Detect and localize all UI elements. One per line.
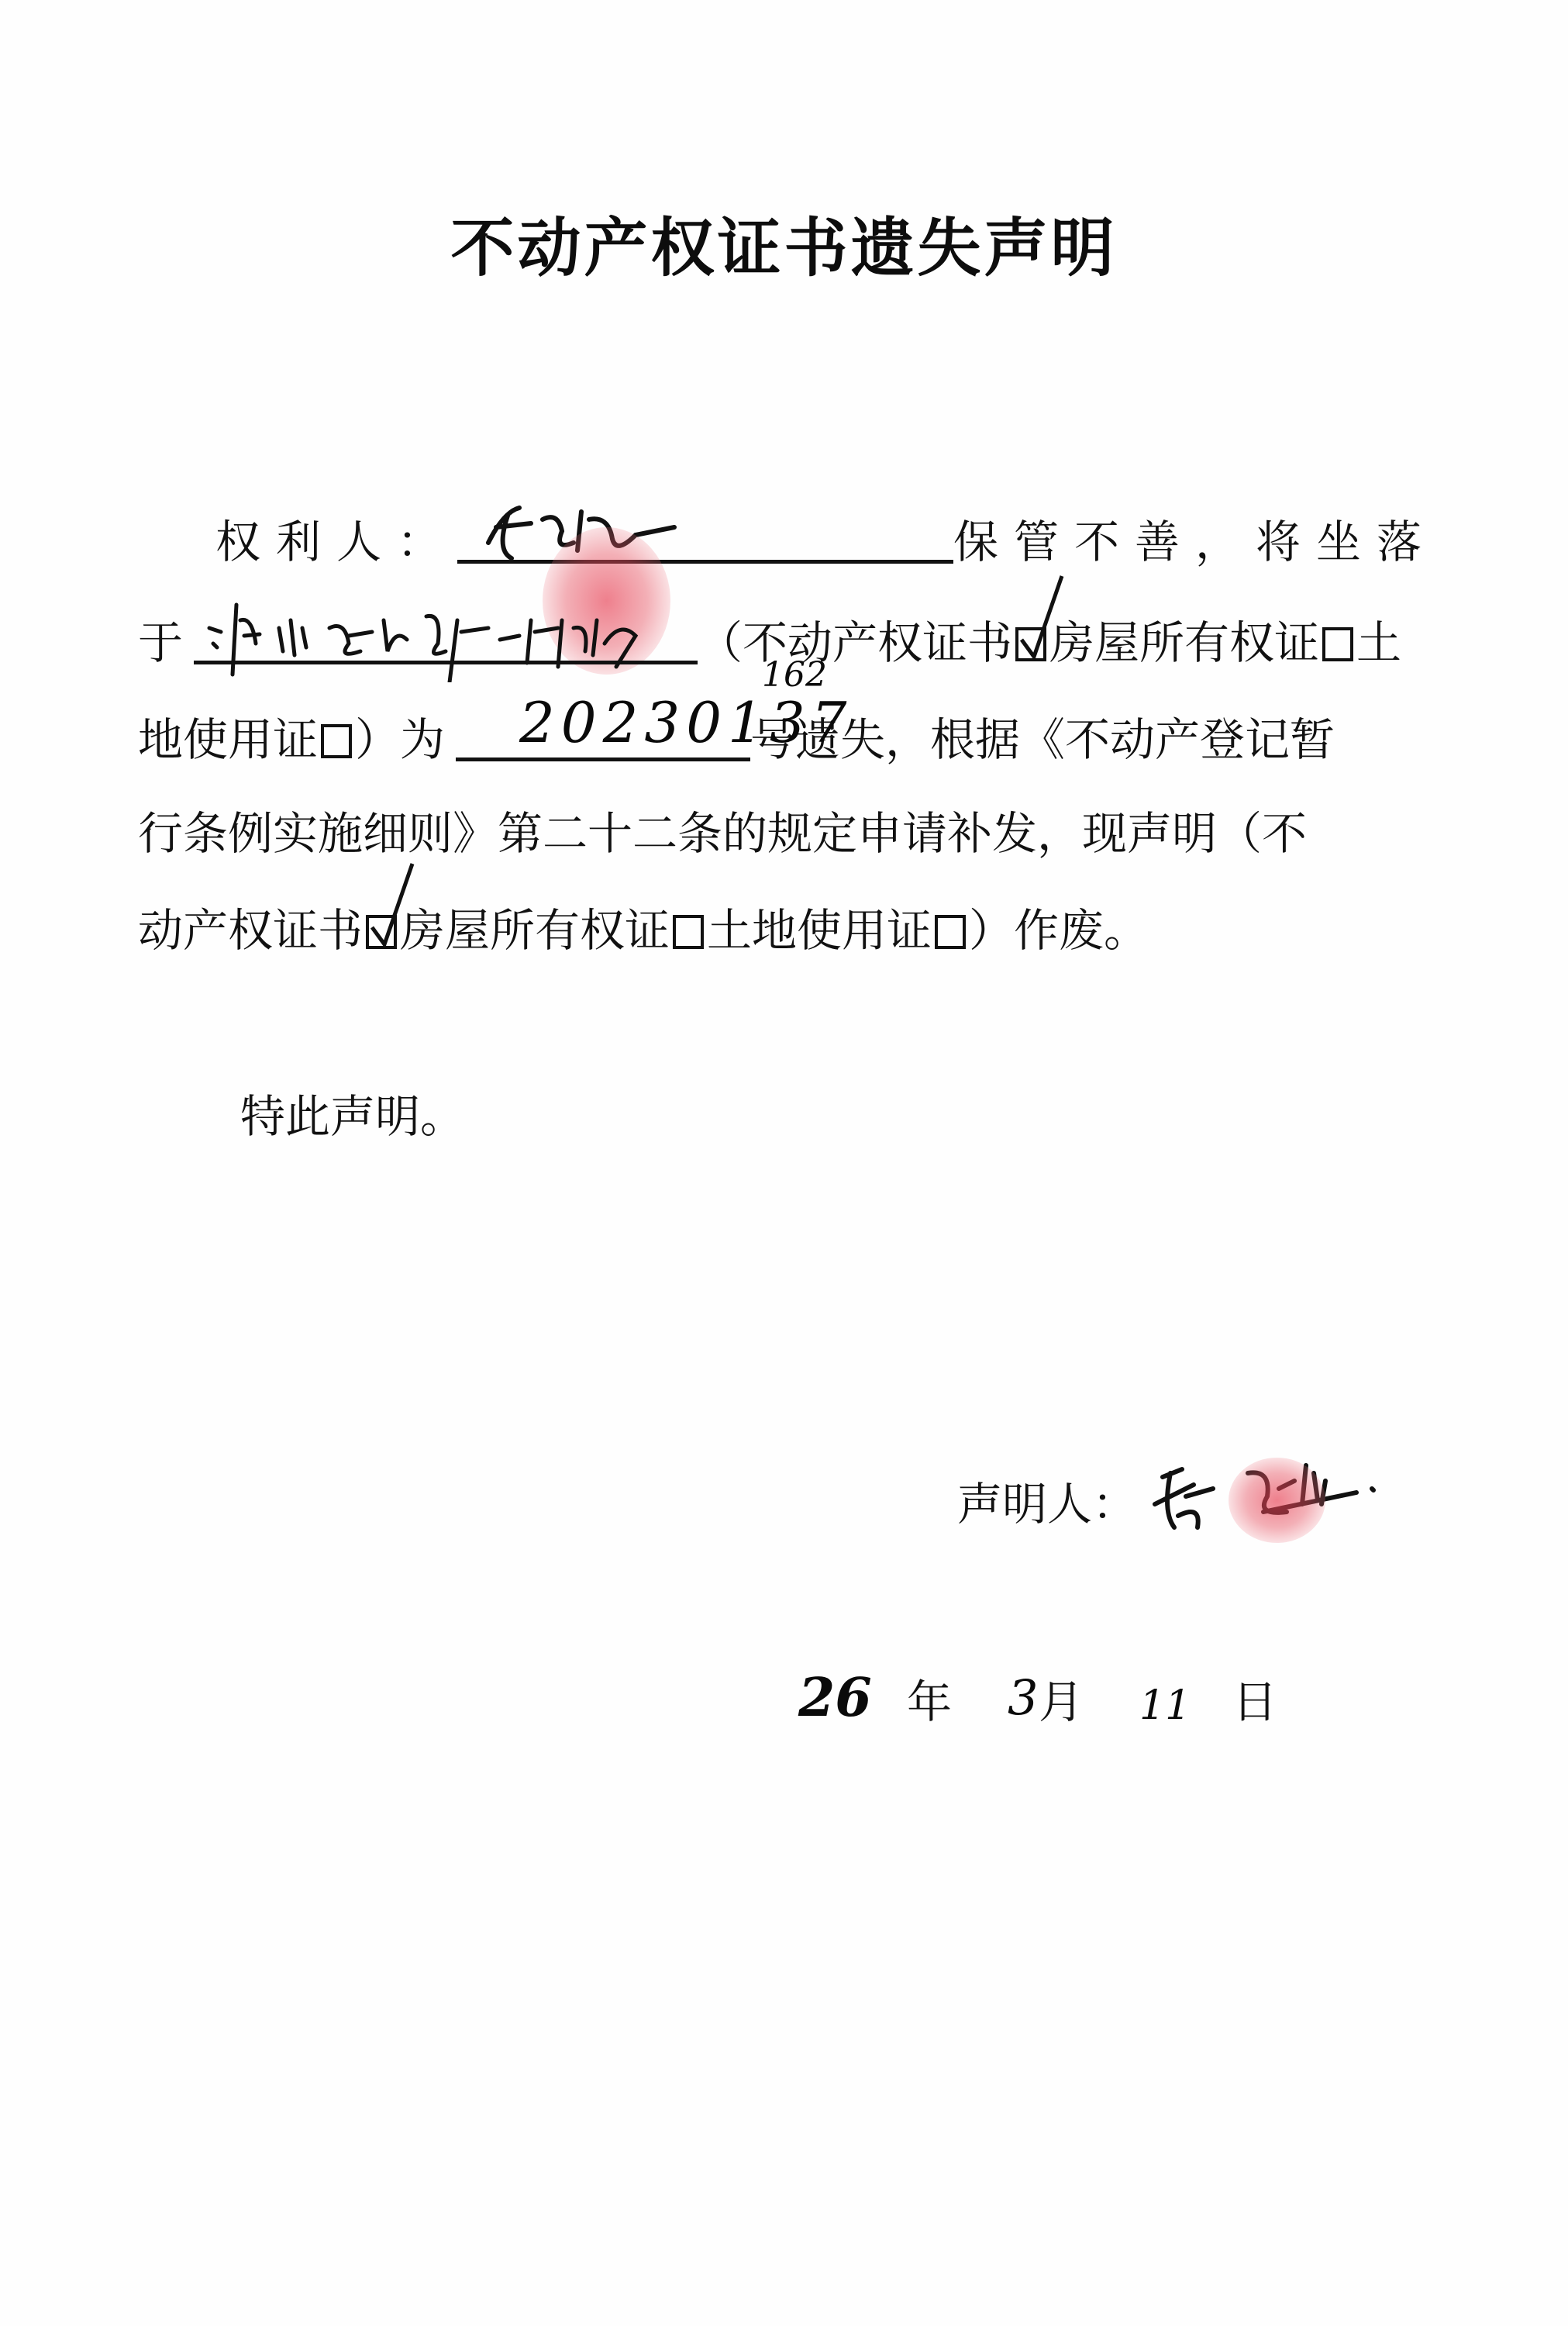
- paragraph-line-1: 权利人：保管不善，将坐落: [138, 512, 1437, 569]
- cert-number-handwriting: 20230137: [519, 690, 853, 755]
- line2-open: （不动产权证书: [698, 616, 1012, 670]
- option-house-ownership-checkbox[interactable]: [1322, 627, 1353, 661]
- option-house-ownership-checkbox-2[interactable]: [673, 915, 704, 949]
- location-handwriting: [194, 597, 690, 682]
- line5-after: ）作废。: [969, 903, 1149, 958]
- date-year: 26: [798, 1671, 872, 1725]
- option-house-ownership-label: 房屋所有权证: [1049, 616, 1319, 670]
- cert-number-correction: 162: [762, 655, 827, 695]
- paragraph-line-4: 行条例实施细则》第二十二条的规定申请补发，现声明（不: [138, 806, 1307, 861]
- option-land-use-label-part: 土: [1356, 616, 1401, 670]
- date-year-unit: 年: [907, 1675, 952, 1729]
- date-month-unit: 月: [1039, 1675, 1084, 1729]
- rights-holder-label: 权利人：: [215, 515, 457, 569]
- line4-text: 行条例实施细则》第二十二条的规定申请补发，现声明（不: [138, 806, 1307, 861]
- document-title: 不动产权证书遗失声明: [0, 198, 1568, 288]
- signature-row: 声明人：: [957, 1477, 1137, 1531]
- date-day: 11: [1139, 1679, 1191, 1733]
- line3-before: 地使用证: [138, 713, 318, 767]
- paragraph-line-5: 动产权证书 房屋所有权证土地使用证）作废。: [138, 903, 1149, 958]
- option-real-estate-cert-checkbox[interactable]: [1015, 627, 1046, 661]
- option-land-use-checkbox[interactable]: [321, 724, 352, 758]
- declarant-signature[interactable]: [1139, 1458, 1387, 1543]
- option-land-use-checkbox-2[interactable]: [935, 915, 966, 949]
- check-mark-icon: [367, 864, 414, 957]
- option-real-estate-cert-checkbox-2[interactable]: [366, 915, 397, 949]
- location-prefix: 于: [138, 616, 183, 670]
- rights-holder-handwriting: [473, 496, 705, 570]
- closing-statement: 特此声明。: [240, 1089, 465, 1144]
- document-page: 不动产权证书遗失声明 权利人：保管不善，将坐落 于（不动产权证书 房屋所有权证土…: [0, 0, 1568, 2326]
- date-month: 3: [1008, 1671, 1038, 1725]
- line5-before: 动产权证书: [138, 903, 363, 958]
- option-house-ownership-label-2: 房屋所有权证: [400, 903, 670, 958]
- line1-text: 保管不善，将坐落: [953, 515, 1437, 569]
- line3-close: ）为: [355, 713, 445, 767]
- declarant-label: 声明人：: [957, 1478, 1137, 1531]
- check-mark-icon: [1017, 576, 1063, 669]
- date-day-unit: 日: [1232, 1675, 1277, 1729]
- option-land-use-label-2: 土地使用证: [707, 903, 932, 958]
